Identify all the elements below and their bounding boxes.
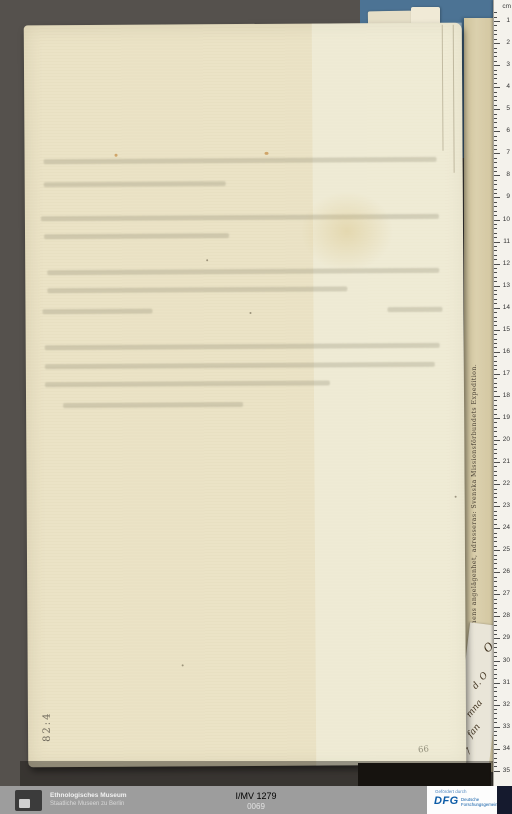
ruler-tick xyxy=(494,78,497,79)
ruler-tick xyxy=(494,713,497,714)
ruler-tick xyxy=(494,634,497,635)
ruler-tick xyxy=(494,731,497,732)
ruler-tick xyxy=(494,255,497,256)
ruler-tick xyxy=(494,61,497,62)
ruler-tick xyxy=(494,303,497,304)
ruler-tick xyxy=(494,616,500,617)
ruler-tick xyxy=(494,17,497,18)
ruler-tick xyxy=(494,286,500,287)
ruler-tick xyxy=(494,647,497,648)
ruler-tick xyxy=(494,361,497,362)
ruler-number: 19 xyxy=(503,414,510,422)
ruler-tick xyxy=(494,489,497,490)
ruler-tick xyxy=(494,145,497,146)
ruler-tick xyxy=(494,414,497,415)
ruler-tick xyxy=(494,431,497,432)
ruler-tick xyxy=(494,722,497,723)
ruler-tick xyxy=(494,233,497,234)
ruler-tick xyxy=(494,603,497,604)
paper-speck xyxy=(455,496,457,498)
ruler-tick xyxy=(494,92,497,93)
ruler-tick xyxy=(494,277,497,278)
ruler-tick xyxy=(494,466,497,467)
ruler-number: 8 xyxy=(506,171,510,179)
ruler-tick xyxy=(494,299,497,300)
ruler-tick xyxy=(494,599,497,600)
ruler-tick xyxy=(494,184,497,185)
ruler-tick xyxy=(494,25,497,26)
ruler-tick xyxy=(494,83,497,84)
ruler-tick xyxy=(494,665,497,666)
ruler-tick xyxy=(494,281,497,282)
ruler-tick xyxy=(494,436,497,437)
ruler-tick xyxy=(494,334,497,335)
ruler-tick xyxy=(494,405,497,406)
ruler-number: 14 xyxy=(503,304,510,312)
ruler-number: 26 xyxy=(503,568,510,576)
ruler-tick xyxy=(494,347,497,348)
ruler-tick xyxy=(494,400,497,401)
ruler-tick xyxy=(494,568,497,569)
ghost-text-line xyxy=(387,307,442,312)
ruler-tick xyxy=(494,12,497,13)
ruler-tick xyxy=(494,189,497,190)
ruler-number: 22 xyxy=(503,480,510,488)
ruler-tick xyxy=(494,691,497,692)
ruler-tick xyxy=(494,687,497,688)
ruler-tick xyxy=(494,502,497,503)
ruler-tick xyxy=(494,555,497,556)
ruler-tick xyxy=(494,528,500,529)
ruler-tick xyxy=(494,563,497,564)
ruler-number: 17 xyxy=(503,370,510,378)
ruler-tick xyxy=(494,537,497,538)
ruler-number: 20 xyxy=(503,436,510,444)
ruler-tick xyxy=(494,590,497,591)
ruler-tick xyxy=(494,758,497,759)
ruler-number: 29 xyxy=(503,634,510,642)
ruler-tick xyxy=(494,383,497,384)
funding-label: Gefördert durch xyxy=(435,789,467,794)
ruler-tick xyxy=(494,43,500,44)
ruler-tick xyxy=(494,652,497,653)
ruler-tick xyxy=(494,105,497,106)
ruler-tick xyxy=(494,656,497,657)
ruler-tick xyxy=(494,259,497,260)
ruler-tick xyxy=(494,462,500,463)
ruler-tick xyxy=(494,339,497,340)
ruler-number: 24 xyxy=(503,524,510,532)
ruler-tick xyxy=(494,427,497,428)
ruler-tick xyxy=(494,374,500,375)
ruler-tick xyxy=(494,577,497,578)
ruler-tick xyxy=(494,705,500,706)
ruler-tick xyxy=(494,740,497,741)
ruler-number: 3 xyxy=(506,61,510,69)
ruler-tick xyxy=(494,440,500,441)
ruler-tick xyxy=(494,167,497,168)
ruler-tick xyxy=(494,30,497,31)
ghost-text-line xyxy=(44,233,229,239)
ruler-tick xyxy=(494,484,500,485)
ruler-number: 10 xyxy=(503,216,510,224)
paper-spot xyxy=(265,152,269,155)
ruler-number: 23 xyxy=(503,502,510,510)
ruler-tick xyxy=(494,317,497,318)
ruler-tick xyxy=(494,418,500,419)
ruler-tick xyxy=(494,56,497,57)
ruler-tick xyxy=(494,180,497,181)
ruler-tick xyxy=(494,718,497,719)
ruler-tick xyxy=(494,594,500,595)
ruler-tick xyxy=(494,211,497,212)
ruler-tick xyxy=(494,96,497,97)
ruler-number: 25 xyxy=(503,546,510,554)
ruler-tick xyxy=(494,771,500,772)
ruler-tick xyxy=(494,290,497,291)
ruler-tick xyxy=(494,700,497,701)
dfg-logo: DFG xyxy=(434,795,459,807)
ruler-number: 12 xyxy=(503,260,510,268)
ruler-tick xyxy=(494,250,497,251)
ruler-tick xyxy=(494,581,497,582)
ruler-tick xyxy=(494,65,500,66)
footer-bar: Ethnologisches Museum Staatliche Museen … xyxy=(0,786,512,814)
ruler-tick xyxy=(494,449,497,450)
ruler-tick xyxy=(494,246,497,247)
ruler-tick xyxy=(494,497,497,498)
ruler-tick xyxy=(494,550,500,551)
ruler-number: 9 xyxy=(506,193,510,201)
paper-speck xyxy=(182,664,184,666)
ruler-number: 21 xyxy=(503,458,510,466)
ghost-text-line xyxy=(47,286,347,293)
ruler-tick xyxy=(494,352,500,353)
ruler-tick xyxy=(494,153,500,154)
ruler-tick xyxy=(494,365,497,366)
ruler-tick xyxy=(494,202,497,203)
ruler-tick xyxy=(494,515,497,516)
ruler-tick xyxy=(494,506,500,507)
ruler-tick xyxy=(494,559,497,560)
pencil-corner-mark: 82:4 xyxy=(42,711,53,742)
ruler-tick xyxy=(494,114,497,115)
ruler-tick xyxy=(494,171,497,172)
funder-logo-box: Gefördert durch DFG Deutsche Forschungsg… xyxy=(427,786,497,814)
ruler-number: 6 xyxy=(506,127,510,135)
ruler-tick xyxy=(494,175,500,176)
ruler-tick xyxy=(494,678,497,679)
ruler-tick xyxy=(494,524,497,525)
ruler-tick xyxy=(494,749,500,750)
ruler-tick xyxy=(494,70,497,71)
ruler-number: 31 xyxy=(503,679,510,687)
ruler-tick xyxy=(494,242,500,243)
ruler-tick xyxy=(494,387,497,388)
ruler-tick xyxy=(494,74,497,75)
paper-speck xyxy=(249,312,251,314)
ruler-tick xyxy=(494,471,497,472)
ruler-tick xyxy=(494,272,497,273)
ruler-tick xyxy=(494,34,497,35)
ruler-tick xyxy=(494,735,497,736)
ruler-tick xyxy=(494,709,497,710)
ruler-tick xyxy=(494,453,497,454)
ruler-tick xyxy=(494,753,497,754)
ruler-number: 7 xyxy=(506,149,510,157)
ghost-text-line xyxy=(63,402,243,408)
dark-gap xyxy=(358,763,491,786)
ruler-tick xyxy=(494,294,497,295)
ruler-tick xyxy=(494,48,497,49)
ruler-number: 33 xyxy=(503,723,510,731)
ruler-tick xyxy=(494,625,497,626)
ruler-tick xyxy=(494,109,500,110)
paper-spot xyxy=(115,154,118,157)
ruler-tick xyxy=(494,87,500,88)
ruler-tick xyxy=(494,546,497,547)
ruler-tick xyxy=(494,193,497,194)
ruler-tick xyxy=(494,762,497,763)
ruler-tick xyxy=(494,391,497,392)
ruler-tick xyxy=(494,118,497,119)
ruler-tick xyxy=(494,533,497,534)
ruler-tick xyxy=(494,206,497,207)
ruler-tick xyxy=(494,608,497,609)
ruler-tick xyxy=(494,744,497,745)
ruler-tick xyxy=(494,122,497,123)
document-page: 66 82:4 xyxy=(24,23,467,768)
ruler-tick xyxy=(494,136,497,137)
ruler-tick xyxy=(494,215,497,216)
ruler-tick xyxy=(494,683,500,684)
ruler-tick xyxy=(494,197,500,198)
ruler-number: 5 xyxy=(506,105,510,113)
ghost-text-line xyxy=(42,309,152,315)
ruler-number: 35 xyxy=(503,767,510,775)
ruler-tick xyxy=(494,220,500,221)
ruler-tick xyxy=(494,264,500,265)
ruler-number: 34 xyxy=(503,745,510,753)
ruler-number: 15 xyxy=(503,326,510,334)
ruler-tick xyxy=(494,39,497,40)
ruler-number: 11 xyxy=(503,238,510,246)
ruler-tick xyxy=(494,630,497,631)
ruler-number: 27 xyxy=(503,590,510,598)
ruler-tick xyxy=(494,162,497,163)
ruler-tick xyxy=(494,422,497,423)
ruler-tick xyxy=(494,21,500,22)
ruler-tick xyxy=(494,343,497,344)
ruler-tick xyxy=(494,325,497,326)
ruler-tick xyxy=(494,158,497,159)
paper-stain xyxy=(301,191,393,272)
ruler-tick xyxy=(494,228,497,229)
ruler-tick xyxy=(494,149,497,150)
ruler-tick xyxy=(494,356,497,357)
ruler-tick xyxy=(494,541,497,542)
scanned-archive-page: lla meddelanden, som röra någon missione… xyxy=(0,0,512,814)
ruler-tick xyxy=(494,638,500,639)
ruler-tick xyxy=(494,572,500,573)
ruler-tick xyxy=(494,237,497,238)
ruler-number: 2 xyxy=(506,39,510,47)
ruler-number: 28 xyxy=(503,612,510,620)
ruler-tick xyxy=(494,321,497,322)
ruler-tick xyxy=(494,100,497,101)
pencil-page-number: 66 xyxy=(418,744,430,755)
ruler-unit-label: cm xyxy=(502,3,511,10)
ruler-tick xyxy=(494,661,500,662)
ruler-tick xyxy=(494,643,497,644)
ruler-number: 4 xyxy=(506,83,510,91)
ruler-tick xyxy=(494,140,497,141)
paper-speck xyxy=(206,259,208,261)
ruler-tick xyxy=(494,621,497,622)
ruler-tick xyxy=(494,493,497,494)
ruler-tick xyxy=(494,224,497,225)
ruler-tick xyxy=(494,511,497,512)
ruler-tick xyxy=(494,696,497,697)
ruler-tick xyxy=(494,586,497,587)
ruler-tick xyxy=(494,444,497,445)
ruler-tick xyxy=(494,669,497,670)
ruler-tick xyxy=(494,480,497,481)
ruler-tick xyxy=(494,308,500,309)
ruler-tick xyxy=(494,396,500,397)
ruler-tick xyxy=(494,674,497,675)
ruler-tick xyxy=(494,519,497,520)
ruler-number: 1 xyxy=(506,17,510,25)
ruler-number: 13 xyxy=(503,282,510,290)
ruler: cm 1234567891011121314151617181920212223… xyxy=(493,0,512,786)
ruler-tick xyxy=(494,475,497,476)
funder-name: Deutsche Forschungsgemeinschaft xyxy=(461,797,495,807)
footer-end-block xyxy=(497,786,512,814)
ruler-tick xyxy=(494,766,497,767)
ruler-tick xyxy=(494,330,500,331)
ruler-tick xyxy=(494,127,497,128)
ruler-tick xyxy=(494,268,497,269)
ghost-text-line xyxy=(45,380,330,387)
ruler-number: 30 xyxy=(503,657,510,665)
ruler-tick xyxy=(494,727,500,728)
ruler-number: 16 xyxy=(503,348,510,356)
ghost-text-line xyxy=(44,181,226,187)
ruler-tick xyxy=(494,52,497,53)
ruler-tick xyxy=(494,612,497,613)
ruler-tick xyxy=(494,409,497,410)
ruler-tick xyxy=(494,131,500,132)
ruler-tick xyxy=(494,369,497,370)
ruler-tick xyxy=(494,378,497,379)
ruler-number: 18 xyxy=(503,392,510,400)
ruler-number: 32 xyxy=(503,701,510,709)
ruler-tick xyxy=(494,312,497,313)
ruler-tick xyxy=(494,458,497,459)
